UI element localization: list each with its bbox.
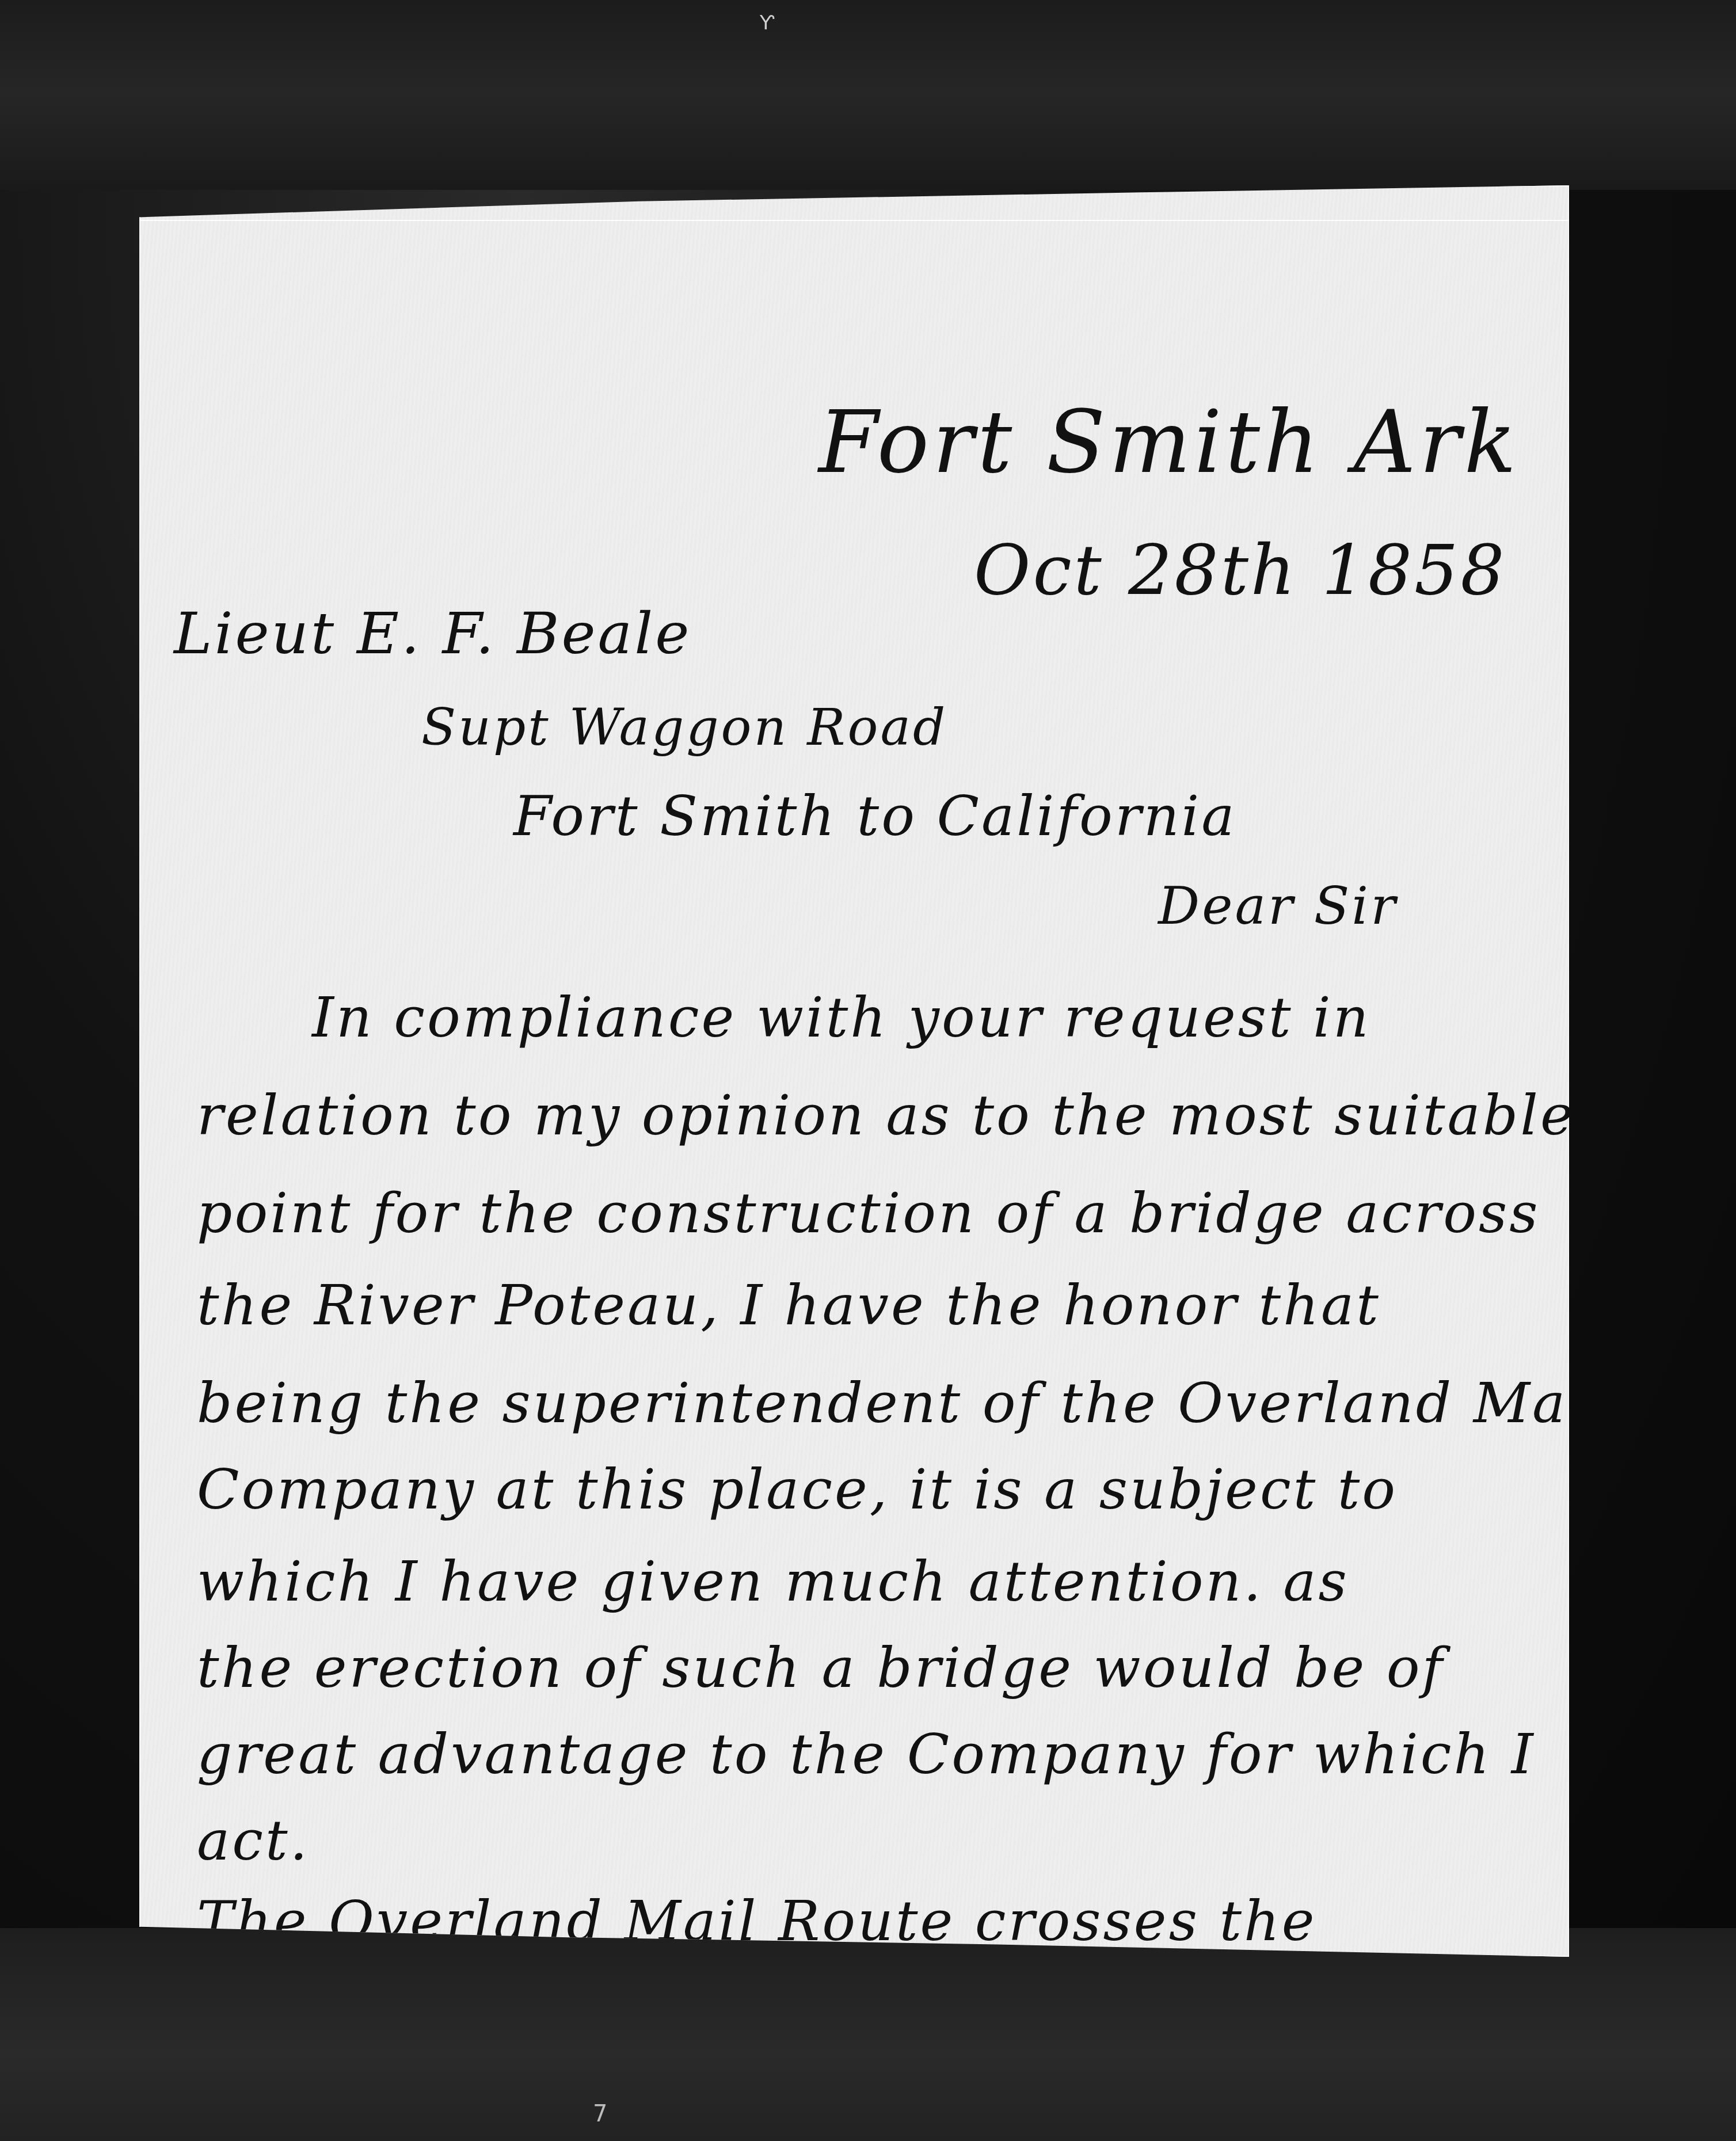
scan-bottom-mark: 7 — [593, 2101, 607, 2127]
scan-top-mark: Ƴ — [760, 12, 774, 35]
addressee-title: Supt Waggon Road — [421, 698, 947, 757]
salutation: Dear Sir — [1158, 876, 1398, 936]
body-line: which I have given much attention. as — [197, 1549, 1349, 1614]
addressee-name: Lieut E. F. Beale — [174, 600, 691, 667]
body-line: the River Poteau, I have the honor that — [197, 1273, 1381, 1338]
scan-bottom-border — [0, 1928, 1736, 2141]
body-line: the erection of such a bridge would be o… — [197, 1636, 1445, 1700]
scan-top-border — [0, 0, 1736, 190]
body-line: act. — [197, 1808, 310, 1873]
body-line: being the superintendent of the Overland… — [197, 1371, 1608, 1435]
body-line: relation to my opinion as to the most su… — [197, 1083, 1575, 1148]
body-line: In compliance with your request in — [312, 985, 1371, 1050]
body-line: Company at this place, it is a subject t… — [197, 1457, 1398, 1522]
heading-place: Fort Smith Ark — [818, 393, 1520, 493]
heading-date: Oct 28th 1858 — [974, 531, 1507, 611]
letter-page: Fort Smith Ark Oct 28th 1858 Lieut E. F.… — [139, 185, 1569, 1957]
fold-line — [139, 220, 1569, 221]
body-line: point for the construction of a bridge a… — [197, 1181, 1540, 1245]
body-line: great advantage to the Company for which… — [197, 1722, 1536, 1786]
addressee-route: Fort Smith to California — [513, 784, 1237, 848]
